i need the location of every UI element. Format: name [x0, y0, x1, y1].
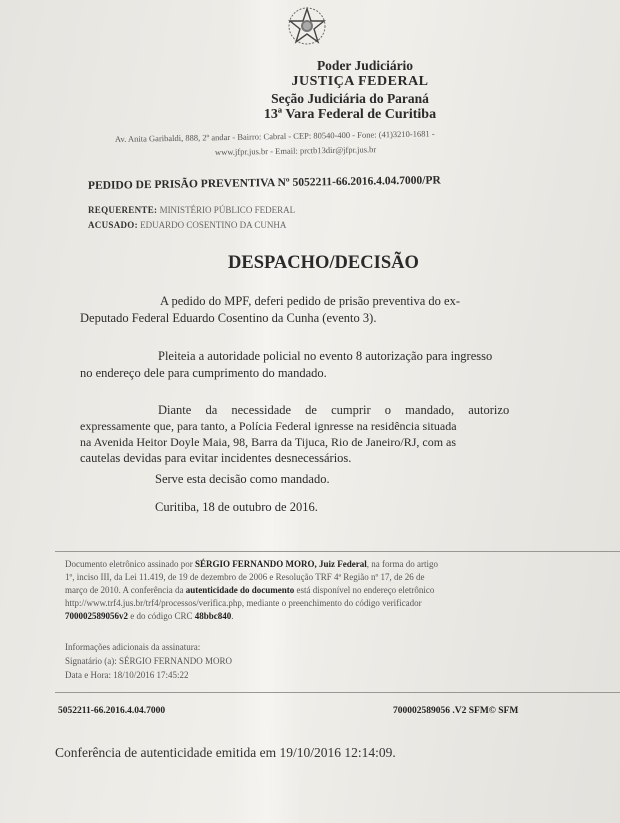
header-line-vara-federal: 13ª Vara Federal de Curitiba: [40, 107, 620, 123]
verification-url-line[interactable]: http://www.trf4.jus.br/trf4/processos/ve…: [65, 598, 422, 608]
signature-intro-end: , na forma do artigo: [367, 559, 438, 569]
case-caption: PEDIDO DE PRISÃO PREVENTIVA Nº 5052211-6…: [88, 174, 441, 192]
signer-row: Signatário (a): SÉRGIO FERNANDO MORO: [65, 656, 232, 666]
signature-line-5: 700002589056v2 e do código CRC 48bbc840.: [65, 611, 234, 621]
verifier-code: 700002589056v2: [65, 611, 128, 621]
signature-line-1: Documento eletrônico assinado por SÉRGIO…: [65, 559, 438, 569]
acusado-row: ACUSADO: EDUARDO COSENTINO DA CUNHA: [88, 220, 286, 230]
signer-name: SÉRGIO FERNANDO MORO, Juiz Federal: [195, 559, 367, 569]
authenticity-bold: autenticidade do documento: [186, 585, 295, 595]
authenticity-statement: Conferência de autenticidade emitida em …: [55, 745, 396, 761]
requerente-value: MINISTÉRIO PÚBLICO FEDERAL: [160, 205, 296, 215]
requerente-label: REQUERENTE:: [88, 205, 157, 215]
header-line-secao-judiciaria: Seção Judiciária do Paraná: [40, 91, 620, 107]
paragraph-2-line-1: Pleiteia a autoridade policial no evento…: [158, 349, 492, 364]
place-and-date: Curitiba, 18 de outubro de 2016.: [155, 500, 318, 515]
authenticity-end: está disponível no endereço eletrônico: [294, 585, 434, 595]
divider-top: [55, 551, 620, 552]
authenticity-intro: março de 2010. A conferência da: [65, 585, 186, 595]
divider-bottom: [55, 692, 620, 693]
footer-process-number: 5052211-66.2016.4.04.7000: [58, 706, 165, 716]
datetime-value: 18/10/2016 17:45:22: [113, 670, 188, 680]
header-address: Av. Anita Garibaldi, 888, 2º andar - Bai…: [115, 128, 435, 144]
paragraph-1-line-2: Deputado Federal Eduardo Cosentino da Cu…: [80, 311, 376, 326]
paragraph-2-line-2: no endereço dele para cumprimento do man…: [80, 366, 327, 381]
header-line-justica-federal: JUSTIÇA FEDERAL: [50, 74, 620, 90]
paragraph-1-line-1: A pedido do MPF, deferi pedido de prisão…: [160, 294, 460, 309]
signer-value: SÉRGIO FERNANDO MORO: [119, 656, 232, 666]
signature-line-3: março de 2010. A conferência da autentic…: [65, 585, 434, 595]
header-line-poder-judiciario: Poder Judiciário: [55, 58, 620, 74]
document-title: DESPACHO/DECISÃO: [228, 253, 419, 274]
paragraph-3-line-3: na Avenida Heitor Doyle Maia, 98, Barra …: [80, 435, 456, 450]
crc-label: e do código CRC: [128, 611, 195, 621]
crc-period: .: [231, 611, 233, 621]
footer-verification-code: 700002589056 .V2 SFM© SFM: [393, 706, 518, 716]
requerente-row: REQUERENTE: MINISTÉRIO PÚBLICO FEDERAL: [88, 205, 295, 215]
additional-info-heading: Informações adicionais da assinatura:: [65, 642, 200, 652]
signature-intro: Documento eletrônico assinado por: [65, 559, 195, 569]
paragraph-3-line-2: expressamente que, para tanto, a Polícia…: [80, 419, 457, 434]
paragraph-3-line-1: Diante da necessidade de cumprir o manda…: [158, 403, 509, 418]
signature-line-2: 1º, inciso III, da Lei 11.419, de 19 de …: [65, 572, 424, 582]
header-contact: www.jfpr.jus.br - Email: prctb13dir@jfpr…: [215, 144, 376, 157]
acusado-value: EDUARDO COSENTINO DA CUNHA: [140, 220, 286, 230]
datetime-label: Data e Hora:: [65, 670, 111, 680]
paragraph-4: Serve esta decisão como mandado.: [155, 472, 330, 487]
datetime-row: Data e Hora: 18/10/2016 17:45:22: [65, 670, 189, 680]
signer-label: Signatário (a):: [65, 656, 117, 666]
acusado-label: ACUSADO:: [88, 220, 138, 230]
paragraph-3-line-4: cautelas devidas para evitar incidentes …: [80, 451, 351, 466]
crc-code: 48bbc840: [195, 611, 232, 621]
coat-of-arms-icon: [287, 6, 327, 46]
